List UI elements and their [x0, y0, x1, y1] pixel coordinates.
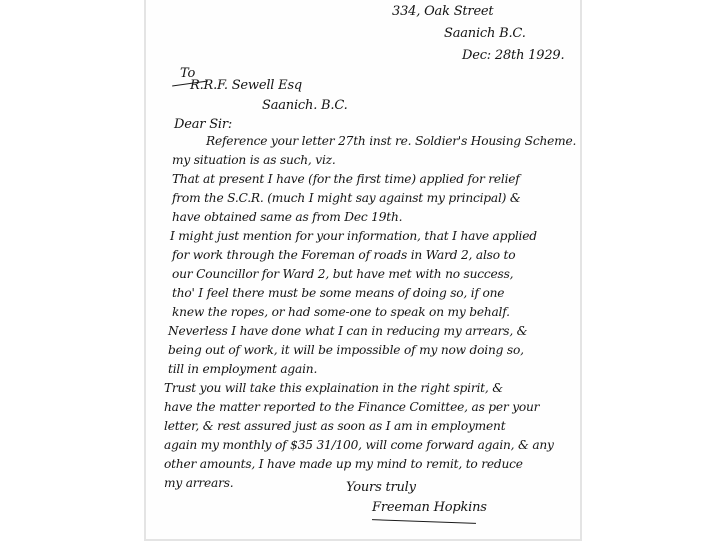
- body-line: other amounts, I have made up my mind to…: [164, 457, 523, 471]
- body-line: I might just mention for your informatio…: [170, 229, 537, 243]
- body-line: till in employment again.: [168, 362, 317, 376]
- body-line: Trust you will take this explaination in…: [164, 381, 503, 395]
- body-line: from the S.C.R. (much I might say agains…: [172, 191, 521, 205]
- recipient-city: Saanich. B.C.: [262, 98, 348, 113]
- salutation: Dear Sir:: [174, 117, 232, 132]
- body-line: have obtained same as from Dec 19th.: [172, 210, 402, 224]
- sender-city: Saanich B.C.: [444, 26, 526, 41]
- letter-date: Dec: 28th 1929.: [462, 48, 564, 63]
- body-line: Reference your letter 27th inst re. Sold…: [206, 134, 576, 148]
- body-line: for work through the Foreman of roads in…: [172, 248, 515, 262]
- body-line: being out of work, it will be impossible…: [168, 343, 524, 357]
- body-line: tho' I feel there must be some means of …: [172, 286, 504, 300]
- body-line: our Councillor for Ward 2, but have met …: [172, 267, 513, 281]
- sender-street: 334, Oak Street: [392, 4, 493, 19]
- body-line: my arrears.: [164, 476, 233, 490]
- body-line: again my monthly of $35 31/100, will com…: [164, 438, 554, 452]
- body-line: Neverless I have done what I can in redu…: [168, 324, 527, 338]
- recipient-name: R.R.F. Sewell Esq: [190, 78, 302, 93]
- closing: Yours truly: [346, 480, 416, 495]
- body-line: letter, & rest assured just as soon as I…: [164, 419, 505, 433]
- body-line: have the matter reported to the Finance …: [164, 400, 539, 414]
- signature: Freeman Hopkins: [372, 500, 487, 515]
- body-line: my situation is as such, viz.: [172, 153, 336, 167]
- body-line: That at present I have (for the first ti…: [172, 172, 520, 186]
- body-line: knew the ropes, or had some-one to speak…: [172, 305, 510, 319]
